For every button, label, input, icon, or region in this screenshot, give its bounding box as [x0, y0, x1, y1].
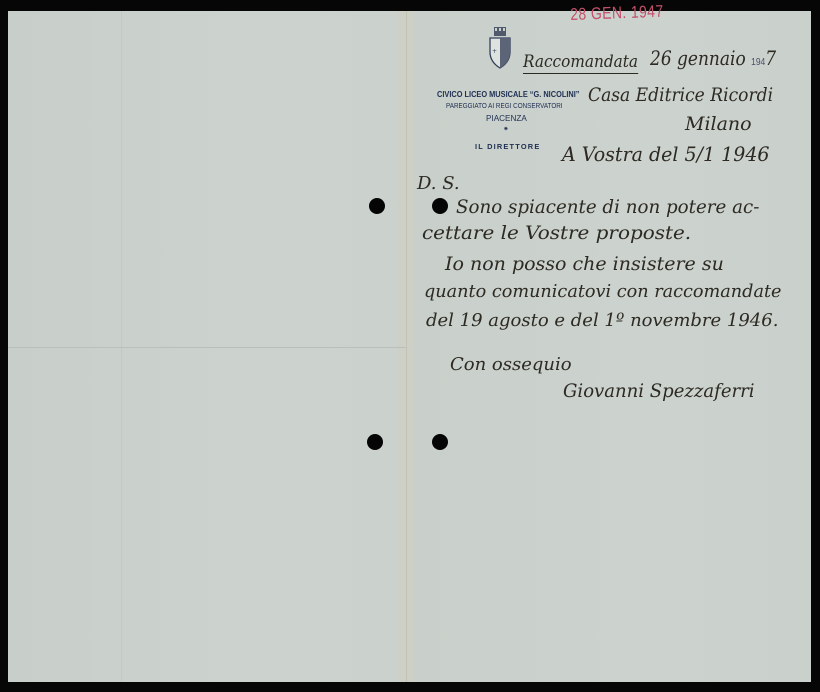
date-received-stamp: 28 GEN. 1947 — [570, 2, 664, 25]
body-line: Sono spiacente di non potere ac- — [456, 196, 759, 218]
date-year-digit: 7 — [765, 46, 776, 70]
body-line: quanto comunicatovi con raccomandate — [424, 281, 782, 302]
recipient-name: Casa Editrice Ricordi — [588, 84, 773, 106]
reference-line: A Vostra del 5/1 1946 — [562, 142, 770, 166]
closing: Con ossequio — [450, 354, 572, 375]
office-title: IL DIRETTORE — [475, 142, 540, 151]
punch-hole — [432, 198, 448, 214]
body-line: del 19 agosto e del 1º novembre 1946. — [426, 310, 778, 331]
delivery-mode: Raccomandata — [523, 52, 638, 74]
body-line: Io non posso che insistere su — [445, 253, 724, 275]
institution-city: PIACENZA — [486, 113, 527, 123]
body-line: cettare le Vostre proposte. — [422, 222, 691, 244]
fold-line-horizontal — [8, 347, 406, 348]
svg-text:+: + — [492, 48, 497, 55]
institution-name: CIVICO LICEO MUSICALE “G. NICOLINI” — [437, 89, 579, 99]
recipient-city: Milano — [685, 113, 752, 135]
institution-subtitle: PAREGGIATO AI REGI CONSERVATORI — [446, 101, 563, 110]
punch-hole — [369, 198, 385, 214]
letter-sheet — [8, 11, 811, 682]
date-year-printed: 194 — [751, 57, 765, 68]
punch-hole — [367, 434, 383, 450]
punch-hole — [432, 434, 448, 450]
ornament: ⁕ — [503, 125, 509, 133]
salutation: D. S. — [417, 173, 460, 194]
signature: Giovanni Spezzaferri — [563, 380, 755, 402]
shield-crest-icon: + — [488, 26, 512, 70]
letter-date: 26 gennaio 1947 — [650, 46, 776, 70]
center-fold — [406, 11, 408, 682]
date-day-month: 26 gennaio — [650, 46, 746, 70]
